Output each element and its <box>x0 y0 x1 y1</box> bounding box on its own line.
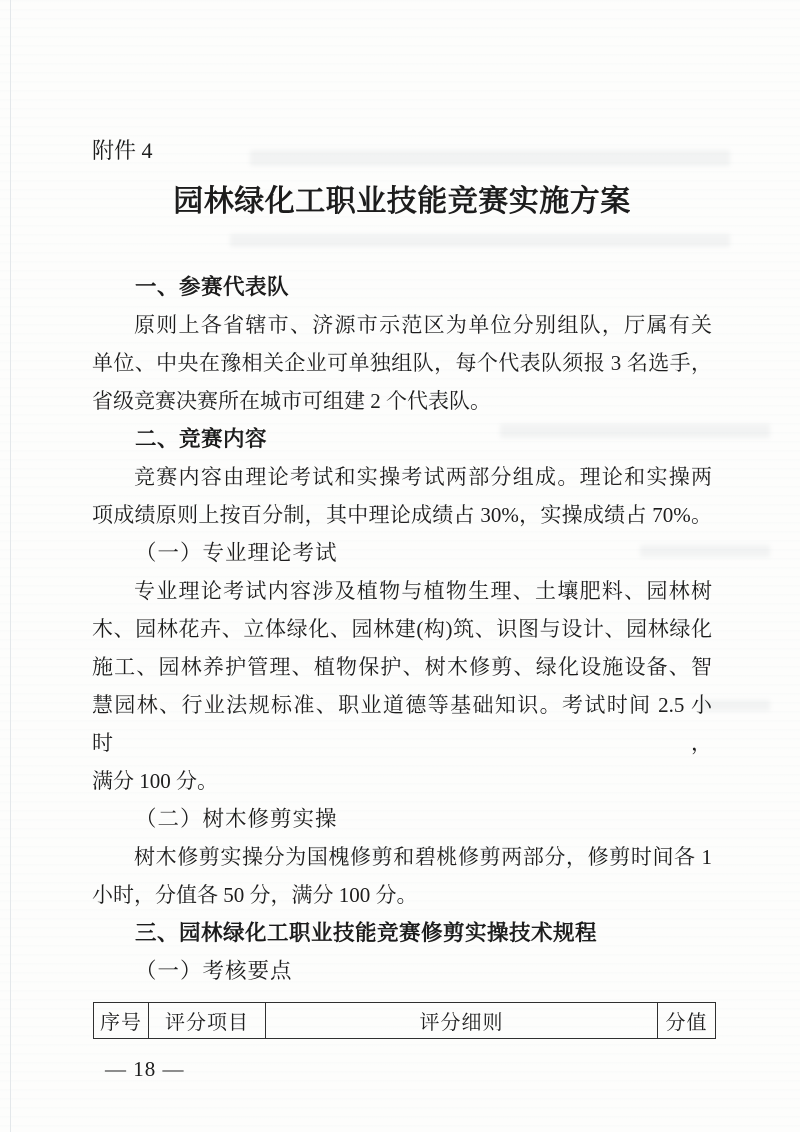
page-number: — 18 — <box>92 1055 712 1083</box>
table-header-scoring-item: 评分项目 <box>149 1003 266 1039</box>
paragraph-line: 项成绩原则上按百分制，其中理论成绩占 30%，实操成绩占 70%。 <box>92 496 712 534</box>
section-heading-technical-rules: 三、园林绿化工职业技能竞赛修剪实操技术规程 <box>92 914 712 952</box>
paragraph-line: 省级竞赛决赛所在城市可组建 2 个代表队。 <box>92 382 712 420</box>
section-heading-participants: 一、参赛代表队 <box>92 268 712 306</box>
paragraph-line: 木、园林花卉、立体绿化、园林建(构)筑、识图与设计、园林绿化 <box>92 610 712 648</box>
paragraph-line: 单位、中央在豫相关企业可单独组队，每个代表队须报 3 名选手， <box>92 344 712 382</box>
table-header-serial-number: 序号 <box>94 1003 149 1039</box>
paragraph-line: 原则上各省辖市、济源市示范区为单位分别组队，厅属有关 <box>92 306 712 344</box>
paragraph-line: 施工、园林养护管理、植物保护、树木修剪、绿化设施设备、智 <box>92 648 712 686</box>
paragraph-line: 竞赛内容由理论考试和实操考试两部分组成。理论和实操两 <box>92 458 712 496</box>
paragraph-line: 小时，分值各 50 分，满分 100 分。 <box>92 876 712 914</box>
paragraph-line: 树木修剪实操分为国槐修剪和碧桃修剪两部分，修剪时间各 1 <box>92 838 712 876</box>
table-header-row: 序号 评分项目 评分细则 分值 <box>94 1003 716 1039</box>
scan-edge-line <box>10 0 11 1132</box>
document-body: 一、参赛代表队 原则上各省辖市、济源市示范区为单位分别组队，厅属有关 单位、中央… <box>92 268 712 1083</box>
paragraph-line: 慧园林、行业法规标准、职业道德等基础知识。考试时间 2.5 小时， <box>92 686 712 762</box>
document-title: 园林绿化工职业技能竞赛实施方案 <box>92 180 712 224</box>
subheading-assessment-points: （一）考核要点 <box>92 952 712 990</box>
bleed-through-artifact <box>700 700 770 711</box>
paragraph-line: 满分 100 分。 <box>92 762 712 800</box>
bleed-through-artifact <box>640 545 770 557</box>
score-table: 序号 评分项目 评分细则 分值 <box>93 1002 716 1039</box>
subheading-pruning-practice: （二）树木修剪实操 <box>92 800 712 838</box>
document-page: 附件 4 园林绿化工职业技能竞赛实施方案 一、参赛代表队 原则上各省辖市、济源市… <box>0 0 800 1132</box>
bleed-through-artifact <box>250 150 730 166</box>
table-header-score-value: 分值 <box>658 1003 716 1039</box>
paragraph-line: 专业理论考试内容涉及植物与植物生理、土壤肥料、园林树 <box>92 572 712 610</box>
subheading-theory-exam: （一）专业理论考试 <box>92 534 712 572</box>
table-header-scoring-rules: 评分细则 <box>266 1003 658 1039</box>
bleed-through-artifact <box>500 424 770 438</box>
bleed-through-artifact <box>230 234 730 247</box>
